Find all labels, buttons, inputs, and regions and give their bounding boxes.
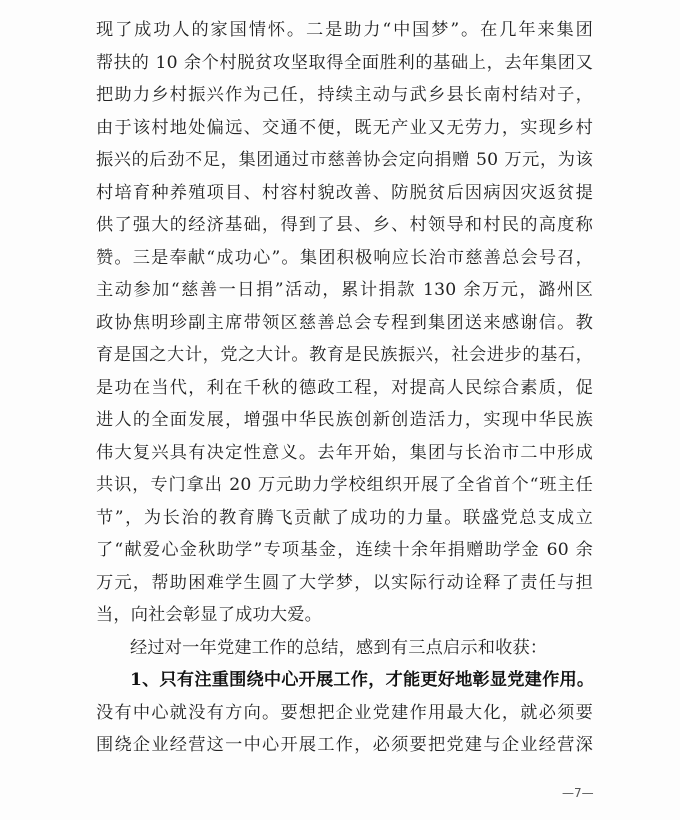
summary-intro-paragraph: 经过对一年党建工作的总结，感到有三点启示和收获：	[96, 632, 593, 665]
text-line-8: 赞。三是奉献“成功心”。集团积极响应长治市慈善总会号召，	[96, 242, 593, 275]
text-line-14: 伟大复兴具有决定性意义。去年开始，集团与长治市二中形成	[96, 437, 593, 470]
text-line-7: 供了强大的经济基础，得到了县、乡、村领导和村民的高度称	[96, 209, 593, 242]
text-line-22: 没有中心就没有方向。要想把企业党建作用最大化，就必须要	[96, 697, 593, 730]
text-line-15: 共识，专门拿出 20 万元助力学校组织开展了全省首个“班主任	[96, 469, 593, 502]
text-line-16: 节”，为长治的教育腾飞贡献了成功的力量。联盛党总支成立	[96, 502, 593, 535]
text-line-3: 把助力乡村振兴作为己任，持续主动与武乡县长南村结对子，	[96, 79, 593, 112]
text-line-4: 由于该村地处偏远、交通不便，既无产业又无劳力，实现乡村	[96, 112, 593, 145]
text-line-23: 围绕企业经营这一中心开展工作，必须要把党建与企业经营深	[96, 729, 593, 762]
text-line-13: 进人的全面发展，增强中华民族创新创造活力，实现中华民族	[96, 404, 593, 437]
text-line-17: 了“献爱心金秋助学”专项基金，连续十余年捐赠助学金 60 余	[96, 534, 593, 567]
page-number: —7—	[562, 786, 594, 800]
text-line-6: 村培育种养殖项目、村容村貌改善、防脱贫后因病因灾返贫提	[96, 177, 593, 210]
text-line-1: 现了成功人的家国情怀。二是助力“中国梦”。在几年来集团	[96, 14, 593, 47]
text-line-2: 帮扶的 10 余个村脱贫攻坚取得全面胜利的基础上，去年集团又	[96, 47, 593, 80]
text-line-5: 振兴的后劲不足，集团通过市慈善协会定向捐赠 50 万元，为该	[96, 144, 593, 177]
text-line-18: 万元，帮助困难学生圆了大学梦，以实际行动诠释了责任与担	[96, 567, 593, 600]
text-line-10: 政协焦明珍副主席带领区慈善总会专程到集团送来感谢信。教	[96, 307, 593, 340]
body-text: 现了成功人的家国情怀。二是助力“中国梦”。在几年来集团 帮扶的 10 余个村脱贫…	[96, 14, 593, 762]
text-line-11: 育是国之大计，党之大计。教育是民族振兴，社会进步的基石，	[96, 339, 593, 372]
text-line-9: 主动参加“慈善一日捐”活动，累计捐款 130 余万元，潞州区	[96, 274, 593, 307]
text-line-19: 当，向社会彰显了成功大爱。	[96, 599, 593, 632]
document-page: 现了成功人的家国情怀。二是助力“中国梦”。在几年来集团 帮扶的 10 余个村脱贫…	[0, 0, 680, 820]
text-line-12: 是功在当代，利在千秋的德政工程，对提高人民综合素质，促	[96, 372, 593, 405]
section-heading-1: 1、只有注重围绕中心开展工作，才能更好地彰显党建作用。	[96, 664, 593, 697]
